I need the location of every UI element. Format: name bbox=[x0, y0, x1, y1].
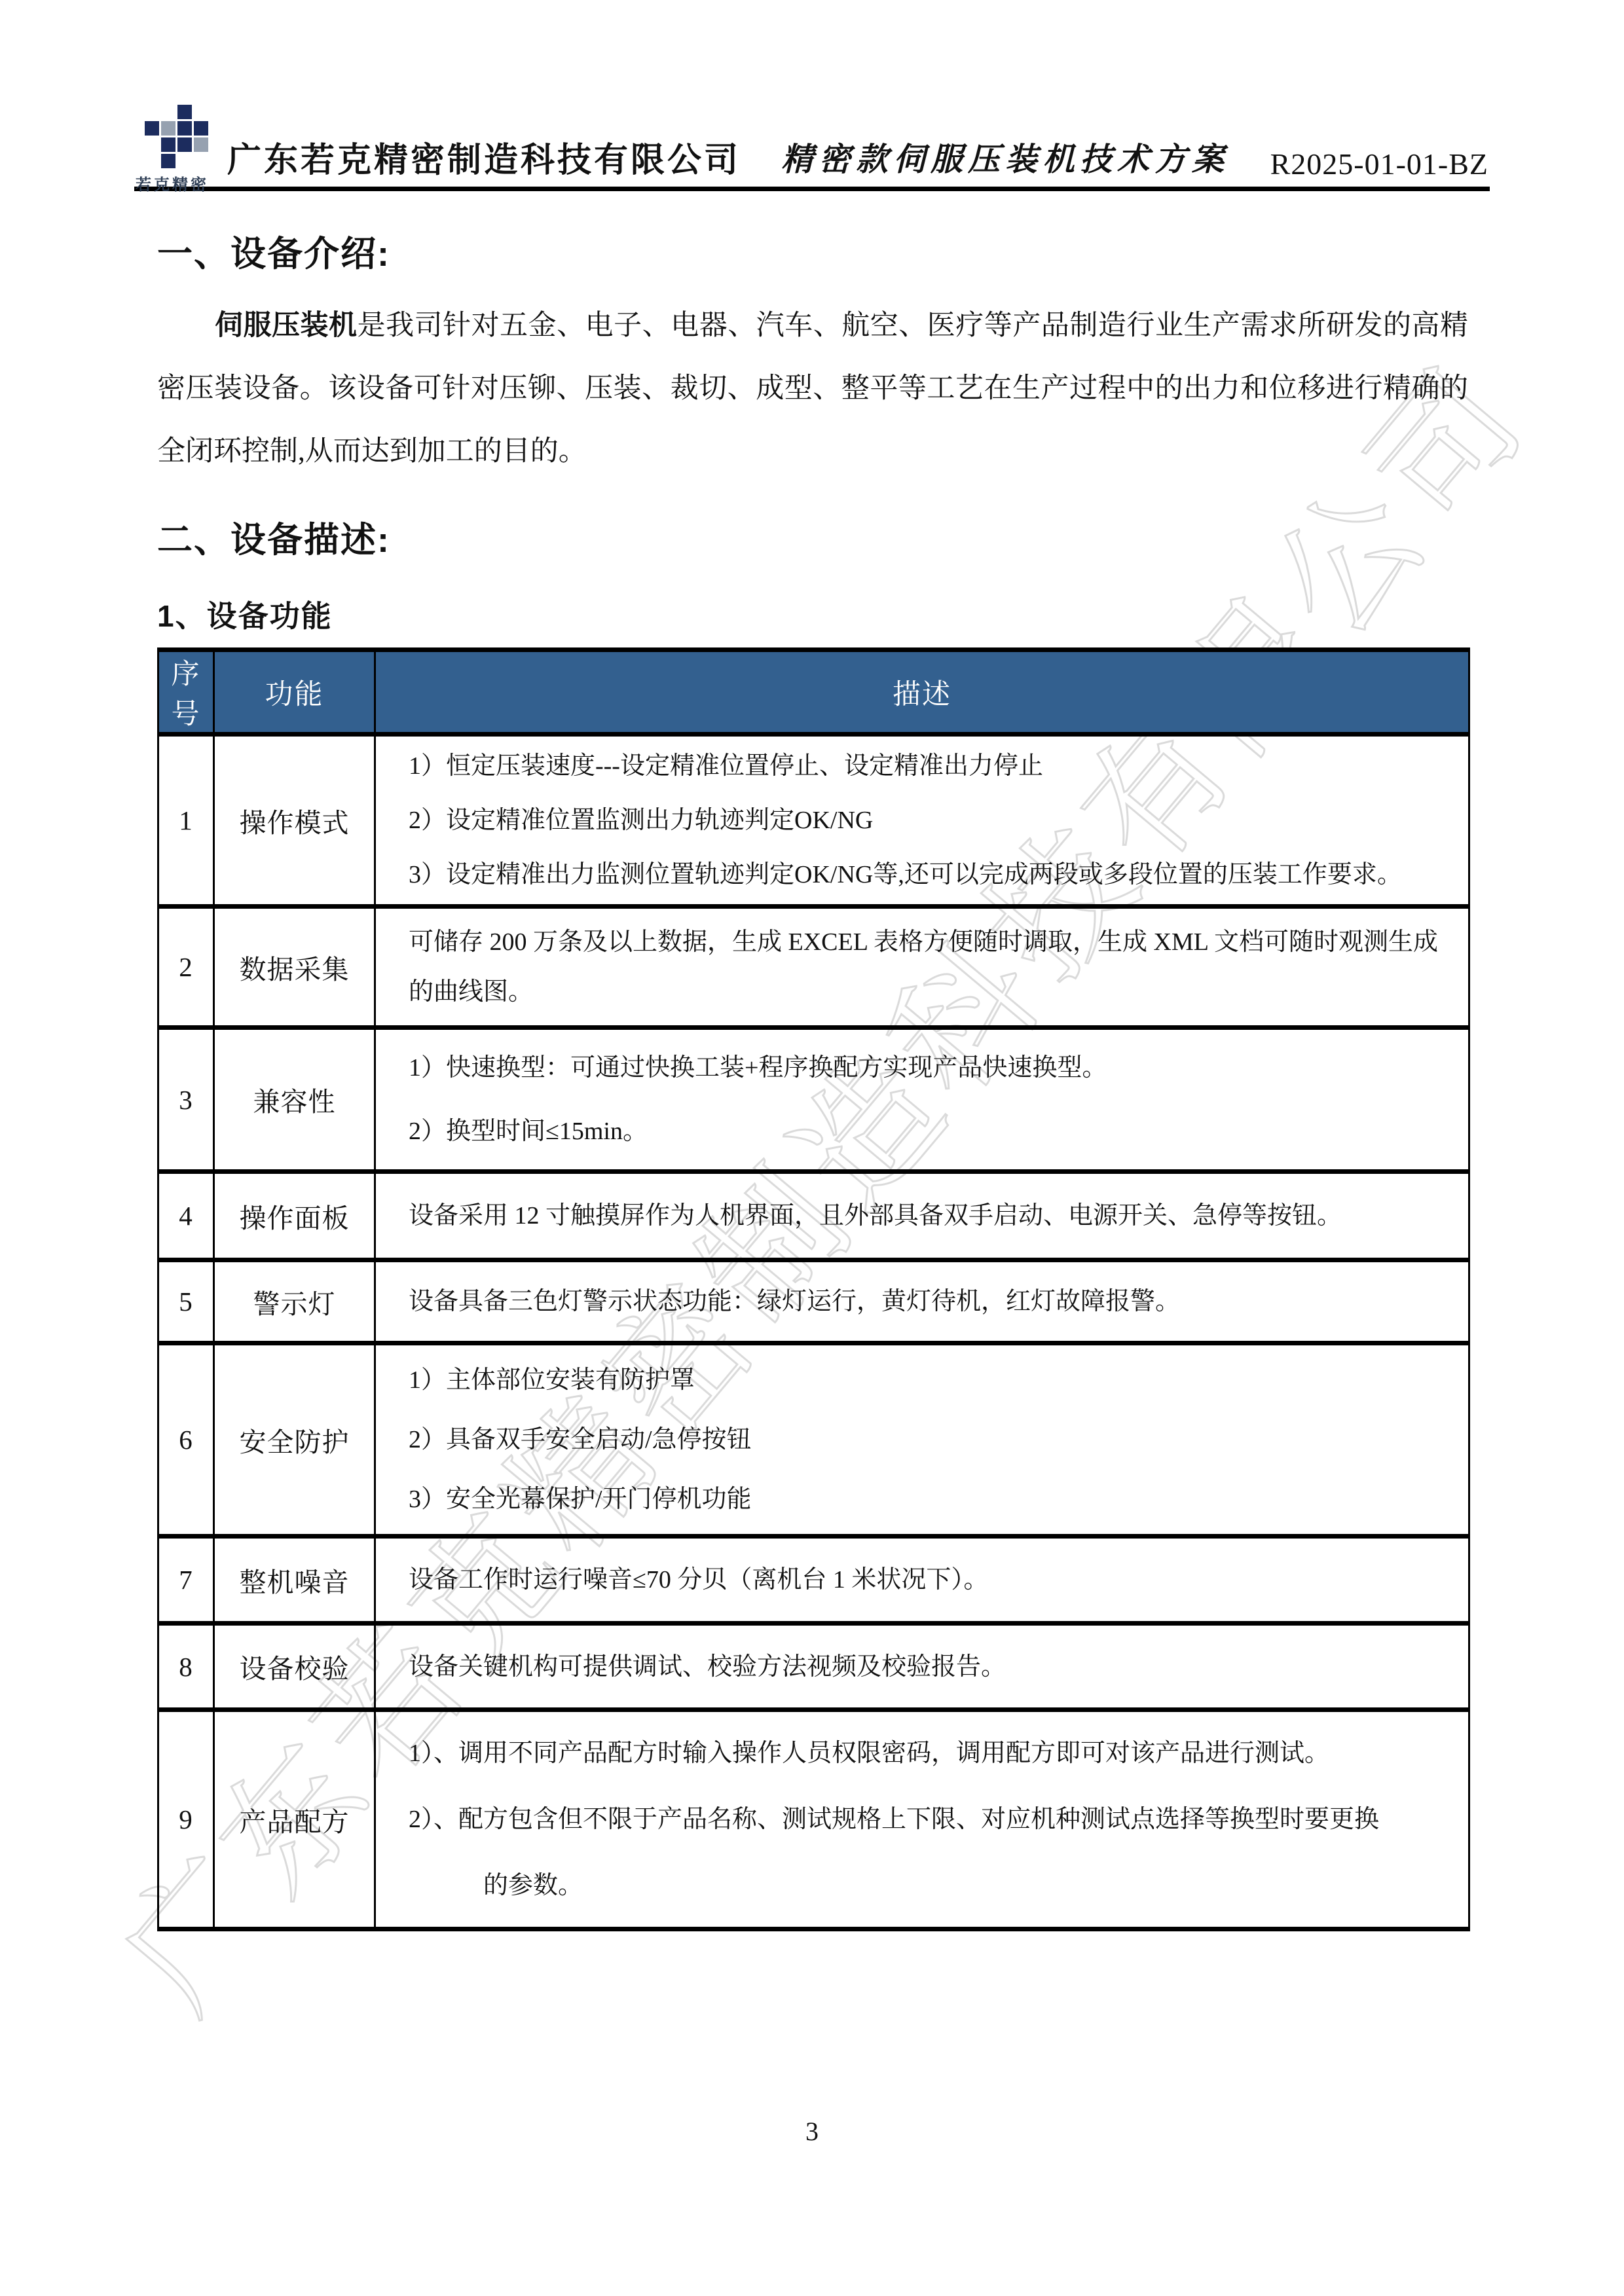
row-description-cell: 设备关键机构可提供调试、校验方法视频及校验报告。 bbox=[375, 1624, 1469, 1710]
row-function-cell: 安全防护 bbox=[214, 1343, 375, 1537]
logo-square bbox=[177, 137, 192, 152]
description-line: 可储存 200 万条及以上数据，生成 EXCEL 表格方便随时调取，生成 XML… bbox=[409, 917, 1450, 1017]
logo-square bbox=[161, 121, 175, 136]
column-header-no: 序号 bbox=[158, 650, 214, 735]
row-number-cell: 3 bbox=[158, 1028, 214, 1172]
row-description-cell: 1）快速换型：可通过快换工装+程序换配方实现产品快速换型。2）换型时间≤15mi… bbox=[375, 1028, 1469, 1172]
features-table: 序号功能描述 1操作模式1）恒定压装速度---设定精准位置停止、设定精准出力停止… bbox=[157, 647, 1470, 1931]
company-name: 广东若克精密制造科技有限公司 bbox=[227, 132, 741, 181]
row-number-cell: 5 bbox=[158, 1260, 214, 1343]
row-function-cell: 设备校验 bbox=[214, 1624, 375, 1710]
intro-paragraph: 伺服压装机是我司针对五金、电子、电器、汽车、航空、医疗等产品制造行业生产需求所研… bbox=[157, 295, 1468, 483]
document-number: R2025-01-01-BZ bbox=[1270, 147, 1488, 181]
logo-square bbox=[161, 137, 175, 152]
logo-square bbox=[194, 121, 208, 136]
row-number-cell: 7 bbox=[158, 1537, 214, 1624]
row-function-cell: 警示灯 bbox=[214, 1260, 375, 1343]
row-number-cell: 6 bbox=[158, 1343, 214, 1537]
description-line: 设备具备三色灯警示状态功能：绿灯运行，黄灯待机，红灯故障报警。 bbox=[409, 1277, 1450, 1326]
row-number-cell: 2 bbox=[158, 907, 214, 1028]
document-page: 广东若克精密制造科技有限公司 若克精密 广东若克精密制造科技有限公司 精密款伺服… bbox=[0, 0, 1624, 2296]
section-1-heading: 一、设备介绍: bbox=[157, 226, 1468, 276]
row-description-cell: 设备工作时运行噪音≤70 分贝（离机台 1 米状况下）。 bbox=[375, 1537, 1469, 1624]
row-description-cell: 可储存 200 万条及以上数据，生成 EXCEL 表格方便随时调取，生成 XML… bbox=[375, 907, 1469, 1028]
row-number-cell: 4 bbox=[158, 1172, 214, 1260]
description-line: 设备工作时运行噪音≤70 分贝（离机台 1 米状况下）。 bbox=[409, 1555, 1450, 1605]
document-body: 一、设备介绍: 伺服压装机是我司针对五金、电子、电器、汽车、航空、医疗等产品制造… bbox=[0, 0, 1624, 1931]
column-header-description: 描述 bbox=[375, 650, 1469, 735]
page-number: 3 bbox=[0, 2116, 1624, 2147]
description-line: 3）设定精准出力监测位置轨迹判定OK/NG等,还可以完成两段或多段位置的压装工作… bbox=[409, 850, 1450, 900]
section-2-heading: 二、设备描述: bbox=[157, 512, 1468, 562]
row-description-cell: 设备采用 12 寸触摸屏作为人机界面，且外部具备双手启动、电源开关、急停等按钮。 bbox=[375, 1172, 1469, 1260]
row-function-cell: 产品配方 bbox=[214, 1710, 375, 1929]
row-number-cell: 1 bbox=[158, 735, 214, 907]
table-row: 2数据采集可储存 200 万条及以上数据，生成 EXCEL 表格方便随时调取，生… bbox=[158, 907, 1469, 1028]
table-row: 5警示灯设备具备三色灯警示状态功能：绿灯运行，黄灯待机，红灯故障报警。 bbox=[158, 1260, 1469, 1343]
table-row: 3兼容性1）快速换型：可通过快换工装+程序换配方实现产品快速换型。2）换型时间≤… bbox=[158, 1028, 1469, 1172]
table-header-row: 序号功能描述 bbox=[158, 650, 1469, 735]
row-description-cell: 1）主体部位安装有防护罩2）具备双手安全启动/急停按钮3）安全光幕保护/开门停机… bbox=[375, 1343, 1469, 1537]
description-line: 2）具备双手安全启动/急停按钮 bbox=[409, 1415, 1450, 1465]
table-row: 7整机噪音设备工作时运行噪音≤70 分贝（离机台 1 米状况下）。 bbox=[158, 1537, 1469, 1624]
logo-square bbox=[177, 105, 192, 119]
logo-caption: 若克精密 bbox=[136, 172, 209, 194]
document-title: 精密款伺服压装机技术方案 bbox=[781, 134, 1229, 180]
row-description-cell: 设备具备三色灯警示状态功能：绿灯运行，黄灯待机，红灯故障报警。 bbox=[375, 1260, 1469, 1343]
subsection-heading: 1、设备功能 bbox=[157, 592, 1468, 636]
row-function-cell: 数据采集 bbox=[214, 907, 375, 1028]
description-line: 1）恒定压装速度---设定精准位置停止、设定精准出力停止 bbox=[409, 741, 1450, 791]
table-header: 序号功能描述 bbox=[158, 650, 1469, 735]
description-line: 1）、调用不同产品配方时输入操作人员权限密码，调用配方即可对该产品进行测试。 bbox=[409, 1728, 1450, 1778]
table-row: 8设备校验设备关键机构可提供调试、校验方法视频及校验报告。 bbox=[158, 1624, 1469, 1710]
description-line: 的参数。 bbox=[409, 1861, 1450, 1910]
description-line: 3）安全光幕保护/开门停机功能 bbox=[409, 1474, 1450, 1524]
description-line: 设备采用 12 寸触摸屏作为人机界面，且外部具备双手启动、电源开关、急停等按钮。 bbox=[409, 1191, 1450, 1241]
row-function-cell: 操作面板 bbox=[214, 1172, 375, 1260]
description-line: 1）主体部位安装有防护罩 bbox=[409, 1355, 1450, 1405]
logo-square bbox=[161, 154, 175, 168]
row-description-cell: 1）恒定压装速度---设定精准位置停止、设定精准出力停止2）设定精准位置监测出力… bbox=[375, 735, 1469, 907]
table-row: 1操作模式1）恒定压装速度---设定精准位置停止、设定精准出力停止2）设定精准位… bbox=[158, 735, 1469, 907]
column-header-function: 功能 bbox=[214, 650, 375, 735]
description-line: 1）快速换型：可通过快换工装+程序换配方实现产品快速换型。 bbox=[409, 1043, 1450, 1093]
row-description-cell: 1）、调用不同产品配方时输入操作人员权限密码，调用配方即可对该产品进行测试。2）… bbox=[375, 1710, 1469, 1929]
description-line: 设备关键机构可提供调试、校验方法视频及校验报告。 bbox=[409, 1642, 1450, 1692]
description-line: 2）换型时间≤15min。 bbox=[409, 1106, 1450, 1156]
company-logo: 若克精密 bbox=[136, 103, 234, 189]
logo-square bbox=[177, 121, 192, 136]
table-body: 1操作模式1）恒定压装速度---设定精准位置停止、设定精准出力停止2）设定精准位… bbox=[158, 735, 1469, 1929]
description-line: 2）设定精准位置监测出力轨迹判定OK/NG bbox=[409, 795, 1450, 845]
table-row: 9产品配方1）、调用不同产品配方时输入操作人员权限密码，调用配方即可对该产品进行… bbox=[158, 1710, 1469, 1929]
row-number-cell: 9 bbox=[158, 1710, 214, 1929]
logo-square bbox=[194, 137, 208, 152]
row-function-cell: 兼容性 bbox=[214, 1028, 375, 1172]
logo-square bbox=[145, 121, 159, 136]
table-row: 4操作面板设备采用 12 寸触摸屏作为人机界面，且外部具备双手启动、电源开关、急… bbox=[158, 1172, 1469, 1260]
logo-pixel-cross-icon bbox=[145, 105, 208, 168]
intro-lead: 伺服压装机 bbox=[215, 310, 358, 341]
row-function-cell: 操作模式 bbox=[214, 735, 375, 907]
page-header: 若克精密 广东若克精密制造科技有限公司 精密款伺服压装机技术方案 R2025-0… bbox=[134, 103, 1490, 191]
table-row: 6安全防护1）主体部位安装有防护罩2）具备双手安全启动/急停按钮3）安全光幕保护… bbox=[158, 1343, 1469, 1537]
row-number-cell: 8 bbox=[158, 1624, 214, 1710]
row-function-cell: 整机噪音 bbox=[214, 1537, 375, 1624]
description-line: 2）、配方包含但不限于产品名称、测试规格上下限、对应机种测试点选择等换型时要更换 bbox=[409, 1795, 1450, 1844]
